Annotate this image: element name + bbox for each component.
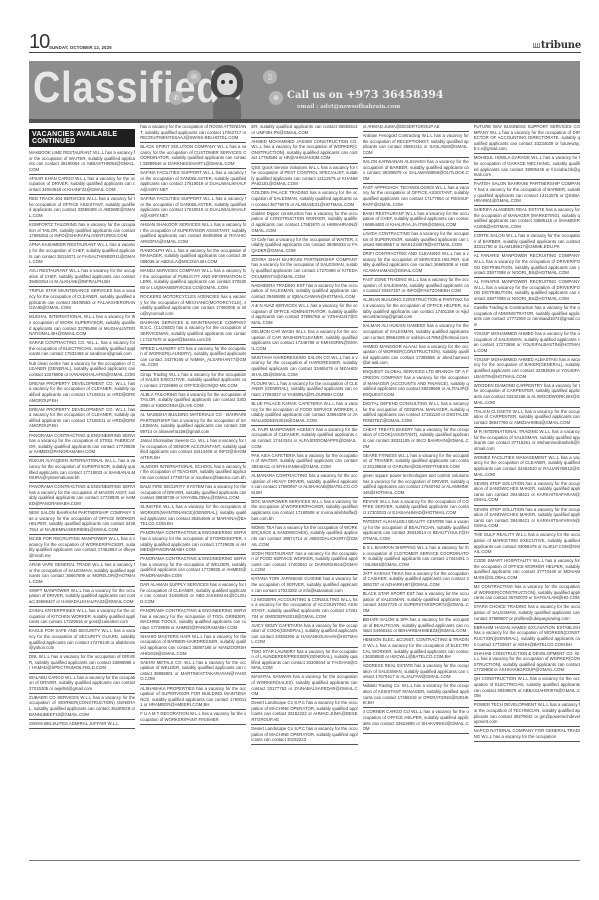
classified-ad: AL FANARIS MANPOWER RECRUITING COMPANY W… (474, 278, 580, 304)
tablet-icon: ▯ (263, 70, 277, 84)
ad-list: FUTURE WAY BUSINESS SUPPORT SERVICES COM… (474, 123, 580, 742)
classified-ad: THE GULF REALITY W.L.L has a vacancy for… (474, 531, 580, 557)
classified-ad: FAATEH SALON BAHRAINI PARTNERSHIP COMPAN… (474, 180, 580, 206)
section-heading: VACANCIES AVAILABLE CONTINUED (29, 129, 135, 147)
header-divider (29, 52, 581, 53)
classified-ad: WOODEN DIAMOND CARPENTRY has a vacancy f… (474, 382, 580, 408)
logo-text: tribune (541, 40, 581, 51)
classified-ad: Castille Trading & Construction has a va… (474, 304, 580, 330)
classified-ad: ALBLA TAILORING has a vacancy for the oc… (140, 391, 246, 411)
classified-ad: REVIVE W.L.L has a vacancy for the occup… (363, 498, 469, 518)
classified-ad: AHMED MANSOOR ALAALI has a vacancy for t… (363, 343, 469, 369)
column-4: or AHMAD.JUMA@DESERTGROUP.AEArabian Feno… (363, 123, 469, 863)
classified-ad: Nidukki Trading Co. W.L.L has a vacancy … (363, 682, 469, 708)
classified-ad: M2 CONTRACTING has a vacancy for the occ… (474, 583, 580, 603)
classified-ad: ARAB VAPE GENERAL TRADE W.L.L has a vaca… (29, 561, 135, 587)
ad-list: ER, suitably qualified applicants can co… (251, 123, 357, 745)
classified-ad: EBRAHIM HASAN HAMIDI EXCAVATION ESTABLIS… (474, 624, 580, 650)
classified-ad: NADHEERA TRADING EST has a vacancy for t… (251, 282, 357, 302)
classified-ad: EAGLE FOR SAFE AND SECURITY W.L.L has a … (29, 627, 135, 653)
classified-ad: BLUE PALACE KARAK CAFETERIA W.L.L has a … (251, 400, 357, 426)
page-date: SUNDAY, OCTOBER 12, 2025 (49, 45, 112, 50)
classified-ad: GEARE FITNESS W.L.L has a vacancy for th… (363, 452, 469, 472)
classified-ad: MUNTAHA HAIRDRESSING SALON CO W.L.L has … (251, 354, 357, 380)
classified-ad: TRIPLE STAR MAINTENANCE SERVICES has a v… (29, 287, 135, 313)
phone-label: Call us on (287, 90, 343, 101)
classified-ad: ALNOOR INTERNATIONAL SCHOOL has a vacanc… (140, 463, 246, 483)
classified-ad: ALMANARA CONTRACTING has a vacancy for t… (251, 472, 357, 498)
classified-ad: GOLDEN PALACE TRADING has a vacancy for … (251, 189, 357, 209)
classified-ad: MUGHAL INTERNATIONAL W.L.L has a vacancy… (29, 313, 135, 339)
classified-ad: ZOHRA SHAH BAHRAINI PARTNERSHIP COMPANY … (251, 256, 357, 282)
classified-ad: DIGITAL DEFEND CONSULTING W.L.L has a va… (363, 400, 469, 426)
classified-ad: BEHARI SALON & SPA has a vacancy for the… (363, 616, 469, 636)
bottom-divider (29, 860, 580, 861)
classified-ad: BOC MANPOWER SERVICES W.L.L has a vacanc… (251, 498, 357, 524)
classified-ad: CHEAT TREATS BAKERY has a vacancy for th… (363, 426, 469, 452)
classified-ad: RANDOLPH W.L.L has a vacancy for the occ… (140, 247, 246, 267)
classified-ad: QH CONSTRUCTION W.L.L has a vacancy for … (474, 675, 580, 701)
classified-ad: Desert Landscape Co S.P.C has a vacancy … (251, 699, 357, 725)
classified-ad: green square power technologies and cont… (363, 472, 469, 498)
classified-ad: hub clean centre has a vacancy for the o… (29, 360, 135, 380)
classified-ad: BAHRAIN SERVICES & MAINTENANCE COMPANY B… (140, 319, 246, 345)
classified-ad: MANDJ SERVICES COMPANY W.L.L has a vacan… (140, 267, 246, 293)
classified-ad: KATANA TORI JAPANESE CUISINE has a vacan… (251, 575, 357, 595)
classified-ad: LAVIDA CONTRACTING has a vacancy for the… (363, 230, 469, 250)
page-header: 10 SUNDAY, OCTOBER 12, 2025 (29, 30, 281, 53)
banner-email[interactable]: email : advt@newsofbahrain.com (297, 104, 400, 110)
classified-ad: PAK ASIA CAFETERIA has a vacancy for the… (251, 452, 357, 472)
logo-mark-icon (533, 43, 540, 48)
classified-ad: FLOURI W.L.L has a vacancy for the occup… (251, 380, 357, 400)
classified-ad: FAST ZONE TRADING W.L.L has a vacancy fo… (363, 276, 469, 296)
ad-list: MAKBOOK LIME RESTAURANT W.L.L has a vaca… (29, 149, 135, 729)
classified-ad: AVLI RESTAURANT W.L.L has a vacancy for … (29, 267, 135, 287)
classified-ad: SAFINA FACILITIES SUPPORT W.L.L has a va… (140, 169, 246, 195)
classified-ad: BLACK STAR SPORT EST has a vacancy for t… (363, 590, 469, 616)
classified-ad: ITALIAN CLOSETS W.L.L has a vacancy for … (474, 408, 580, 428)
classified-ad: AL FANARIS MANPOWER RECRUITING COMPANY W… (474, 252, 580, 278)
classified-ad: MOHIDUL HOWLA GARAGE W.L.L has a vacancy… (474, 154, 580, 180)
classified-ad: Jamal Shomaiber Sweets Co. W.L.L has a v… (140, 437, 246, 463)
classified-ad: DAR ALAMAN SUPPLY SERVICES has a vacancy… (140, 581, 246, 607)
classified-ad: DREAM PROPERTY DEVELOPMENT CO. W.L.L has… (29, 380, 135, 406)
classified-ad: SPEED LAUNDRY 673 has a vacancy for the … (140, 345, 246, 371)
classified-ad: SEVEN STEP SOLUTION has a vacancy for th… (474, 506, 580, 532)
classified-ad: ROCKERS MOTORCYCLES AGENCIES has a vacan… (140, 293, 246, 319)
page-number: 10 (29, 32, 49, 52)
classifieds-columns: VACANCIES AVAILABLE CONTINUED MAKBOOK LI… (29, 123, 580, 863)
classified-ad: WALABU CARGO W.L.L has a vacancy for the… (29, 674, 135, 694)
classified-ad: WOMEZ FACILITIES MANAGEMENT W.L.L has a … (474, 454, 580, 480)
classified-ad: 4 CORNER CARGO CO W.L.L has a vacancy fo… (363, 708, 469, 734)
classified-ad: or AHMAD.JUMA@DESERTGROUP.AE (363, 123, 469, 132)
classified-ad: SALON KARWANAN ALSHAIKH has a vacancy fo… (363, 158, 469, 184)
classified-ad: CODE SMART HOSPITALITY W.L.L has a vacan… (474, 557, 580, 583)
classified-ad: M R INTERNATIONAL TRADING W.L.L has a va… (474, 428, 580, 454)
ad-list: has a vacancy for the occupation of ROOM… (140, 123, 246, 725)
classified-ad: has a vacancy for the occupation of ROOM… (140, 123, 246, 143)
classifieds-banner: Classifieds ✉ ✆ ▯ ⊕ Call us on +973 3645… (29, 61, 580, 123)
classified-ad: YOUSIF MOHAMMED AHMED ALBASTAKI has a va… (474, 356, 580, 382)
classified-ad: PANORAMA CONTRACTING & ENGINEERING SERVI… (140, 607, 246, 633)
classified-ad: SWISS-BELSUITES ADMIRAL JUFFAIR W.L.L (29, 720, 135, 729)
classified-ad: CORTE SALON W.L.L has a vacancy for the … (474, 232, 580, 252)
classified-ad: SARAB CONTRACTING CO. W.L.L. has a vacan… (29, 339, 135, 359)
classified-ad: SHAHAB CONSTRUCTION & DEVELOPMENT CO. W.… (474, 650, 580, 676)
envelope-icon: ✉ (187, 70, 201, 84)
classified-ad: OI Cafe has a vacancy for the occupation… (251, 236, 357, 256)
classified-ad: MASHTAL SANWAN has a vacancy for the occ… (251, 673, 357, 699)
globe-icon: ⊕ (269, 91, 283, 105)
classified-ad: JATT KARAHI TIKKA has a vacancy for the … (363, 570, 469, 590)
classified-ad: ZAINAL ENTERPRISES W.L.L has a vacancy f… (29, 607, 135, 627)
classified-ad: FAST APPROACH TECHNOLOGIES W.L.L has a v… (363, 184, 469, 210)
classified-ad: YOUSIF MOHAMMED AHMED has a vacancy for … (474, 330, 580, 356)
column-1: VACANCIES AVAILABLE CONTINUED MAKBOOK LI… (29, 123, 135, 863)
classified-ad: BALE FIRE SECURITY SYSTEM has a vacancy … (140, 483, 246, 503)
classified-ad: PANORAMA CONTRACTING & ENGINEERING SERVI… (140, 555, 246, 581)
classified-ad: SAEHO METALS CO. W.L.L has a vacancy for… (140, 659, 246, 685)
classified-ad: I 2 MODERN ACCOUNTING & CONSULTING W.L.L… (251, 596, 357, 622)
classified-ad: B S L BAHRAIN SHIPPING W.L.L has a vacan… (363, 544, 469, 570)
classified-ad: Desert Landscape Co S.P.C has a vacancy … (251, 725, 357, 745)
classified-ad: SLINGTEK W.L.L has a vacancy for the occ… (140, 503, 246, 529)
classified-ad: SAFINA FACILITIES SUPPORT W.L.L has a va… (140, 195, 246, 221)
classified-ad: AL NASEEHA BUILDING MATERIALS CO - BAHRA… (140, 411, 246, 437)
classified-ad: SEVEN STEP SOLUTION has a vacancy for th… (474, 480, 580, 506)
classified-ad: RUKUN ALYAQEEN INTERNATIONAL W.L.L. has … (29, 457, 135, 483)
classified-ad: PANORAMA CONTRACTING & ENGINEERING SERVI… (29, 432, 135, 458)
column-3: ER, suitably qualified applicants can co… (251, 123, 357, 863)
classified-ad: PANORAMA CONTRACTING & ENGINEERING SERVI… (140, 529, 246, 555)
classified-ad: ALJIDAN BUILDING CONSTRUCTION & PAINTING… (363, 296, 469, 322)
classified-ad: TWO STAR LAUNDRY has a vacancy for the o… (251, 648, 357, 674)
classified-ad: Golden Dipper construction has a vacancy… (251, 210, 357, 236)
classified-ad: RED TRACK 404 SERVICES W.L.L has a vacan… (29, 195, 135, 221)
page-header-right: tribune (300, 30, 581, 53)
phone-number[interactable]: +973 36458394 (346, 88, 443, 101)
ad-list: or AHMAD.JUMA@DESERTGROUP.AEArabian Feno… (363, 123, 469, 734)
classified-ad: STARS CHOICE TRADING has a vacancy for t… (474, 603, 580, 623)
classified-ad: MCSB FOR RECRUITING MANPOWER W.L.L has a… (29, 535, 135, 561)
classified-ad: ALSHABAKA PROPERTIES has a vacancy for t… (140, 685, 246, 711)
classified-ad: FUTURE WAY BUSINESS SUPPORT SERVICES COM… (474, 123, 580, 154)
classified-ad: APNA KASHMEER RESTAURANT W.L.L has a vac… (29, 241, 135, 267)
classified-ad: DNL W.L.L has a vacancy for the occupati… (29, 653, 135, 673)
classified-ad: ADDRESS REAL ESTATE has a vacancy for th… (363, 662, 469, 682)
classified-ad: SODH RESTAURANT has a vacancy for the oc… (251, 550, 357, 576)
mascot-avatar (207, 65, 247, 121)
classified-ad: JUICY WOZY CAFETARIA has a vacancy for t… (251, 622, 357, 648)
classified-ad: PANORAMA CONTRACTING & ENGINEERING SERVI… (29, 483, 135, 509)
classified-ad: SHAHID MASTERS HAIR W.L.L has a vacancy … (140, 633, 246, 659)
classified-ad: MAKBOOK LIME RESTAURANT W.L.L has a vaca… (29, 149, 135, 175)
classified-ad: HEMSON ELEC. &CONST. CONTRACTING & TRADI… (363, 636, 469, 662)
classified-ad: AL FAJR MANPOWER AGENCY has a vacancy fo… (251, 426, 357, 452)
classified-ad: ZUBAERI CO SERVICES W.L.L has a vacancy … (29, 694, 135, 720)
column-2: has a vacancy for the occupation of ROOM… (140, 123, 246, 863)
classified-ad: Arabian Fenogold Contracting W.L.L has a… (363, 132, 469, 158)
classified-ad: DELMON CAR WASH W.L.L has a vacancy for … (251, 328, 357, 354)
classified-ad: DREAM PROPERTY DEVELOPMENT CO. W.L.L has… (29, 406, 135, 432)
classified-ad: BASH RESTAURANT W.L.L has a vacancy for … (363, 210, 469, 230)
classified-ad: AHSAN SHAKOOR SERVICES W.L.L has a vacan… (140, 221, 246, 247)
classified-ad: AHMED MOHAMMED JASSIM CONSTRUCTION CO. W… (251, 138, 357, 164)
classified-ad: SHERIFA ALAMEERI REAL ESTATE has a vacan… (474, 206, 580, 232)
classified-ad: SWIFT MANPOWER W.L.L has a vacancy for t… (29, 587, 135, 607)
classified-ad: MOMS TEA has a vacancy for the occupatio… (251, 524, 357, 550)
classified-ad: ER, suitably qualified applicants can co… (251, 123, 357, 138)
phone-icon: ✆ (169, 91, 183, 105)
classified-ad: AFSAR KHAN CARGO W.L.L has a vacancy for… (29, 175, 135, 195)
classified-ad: DRIFI CONTRACTING AND CLEANING W.L.L has… (363, 250, 469, 276)
classified-ad: NAPCO NATIONAL COMPANY FOR GENERAL TRADI… (474, 727, 580, 742)
classified-ad: POWER TECH DEVELOPMENT W.L.L has a vacan… (474, 701, 580, 727)
classified-ad: NEW SALON BAHRAINI PARTNERSHIP COMPANY h… (29, 509, 135, 535)
classified-ad: SALMAN ALI HUSAIN HAMEED has a vacancy f… (363, 322, 469, 342)
newspaper-logo: tribune (533, 40, 581, 51)
classified-ad: QSS Quick Service Solutions W.L.L has a … (251, 164, 357, 190)
classified-ad: BLACK SPIRIT SOLUTION COMPANY W.L.L has … (140, 143, 246, 169)
classified-ad: F U A M T DECORATION W.L.L has a vacancy… (140, 710, 246, 725)
column-5: FUTURE WAY BUSINESS SUPPORT SERVICES COM… (474, 123, 580, 863)
banner-phone: Call us on +973 36458394 (287, 88, 444, 101)
classified-ad: A & N AVAZ SERVICES W.L.L has a vacancy … (251, 302, 357, 328)
classified-ad: Cinqo Trading W.L.L has a vacancy for th… (140, 371, 246, 391)
classified-ad: PATEENT ALKHALEEJ BEAUTY CENTRE has a va… (363, 518, 469, 544)
classified-ad: KOMFORTZ TAILORING has a vacancy for the… (29, 221, 135, 241)
classified-ad: ENQUEST GLOBAL SERVICES LTD BRANCH OF A … (363, 368, 469, 399)
